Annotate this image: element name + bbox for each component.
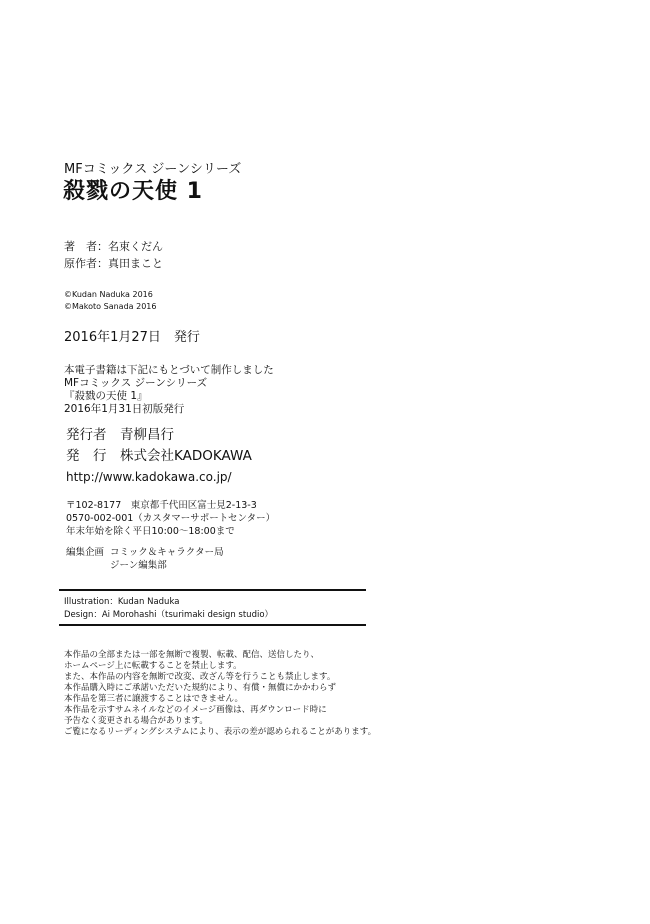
address-line: 〒102-8177 東京都千代田区富士見2-13-3 xyxy=(66,501,257,511)
ebook-note-line: 2016年1月31日初版発行 xyxy=(64,404,184,415)
publisher-company: 発 行 株式会社KADOKAWA xyxy=(66,450,252,464)
book-title: 殺戮の天使 1 xyxy=(63,181,203,203)
illustration-credit: Illustration：Kudan Naduka xyxy=(64,598,179,607)
editorial-department: ジーン編集部 xyxy=(110,561,167,571)
divider-top xyxy=(59,589,366,591)
design-credit: Design：Ai Morohashi（tsurimaki design stu… xyxy=(64,611,273,620)
issue-date: 2016年1月27日 発行 xyxy=(64,331,200,344)
notice-line: 本作品購入時にご承諾いただいた規約により、有償・無償にかかわらず xyxy=(64,684,336,693)
series-name: MFコミックス ジーンシリーズ xyxy=(64,163,241,176)
ebook-note-line: 本電子書籍は下記にもとづいて制作しました xyxy=(64,365,274,376)
notice-line: 本作品を示すサムネイルなどのイメージ画像は、再ダウンロード時に xyxy=(64,706,327,715)
notice-line: 本作品の全部または一部を無断で複製、転載、配信、送信したり、 xyxy=(64,651,319,660)
support-phone: 0570-002-001（カスタマーサポートセンター） xyxy=(66,514,275,524)
notice-line: 予告なく変更される場合があります。 xyxy=(64,717,208,726)
author-credit: 著 者：名束くだん xyxy=(64,241,163,252)
support-hours: 年末年始を除く平日10:00～18:00まで xyxy=(66,527,235,537)
publisher-url[interactable]: http://www.kadokawa.co.jp/ xyxy=(66,471,232,483)
notice-line: また、本作品の内容を無断で改変、改ざん等を行うことも禁止します。 xyxy=(64,673,335,682)
original-author-credit: 原作者：真田まこと xyxy=(64,258,163,269)
editorial-department: コミック＆キャラクター局 xyxy=(110,548,224,558)
copyright-line: ©Makoto Sanada 2016 xyxy=(64,303,156,311)
ebook-note-line: MFコミックス ジーンシリーズ xyxy=(64,378,207,389)
publisher-person: 発行者 青柳昌行 xyxy=(66,429,174,443)
divider-bottom xyxy=(59,624,366,626)
notice-line: 本作品を第三者に譲渡することはできません。 xyxy=(64,695,243,704)
editorial-label: 編集企画 xyxy=(66,548,104,558)
ebook-note-line: 『殺戮の天使 1』 xyxy=(64,391,148,402)
notice-line: ご覧になるリーディングシステムにより、表示の差が認められることがあります。 xyxy=(64,728,376,737)
notice-line: ホームページ上に転載することを禁止します。 xyxy=(64,662,242,671)
copyright-line: ©Kudan Naduka 2016 xyxy=(64,291,153,299)
